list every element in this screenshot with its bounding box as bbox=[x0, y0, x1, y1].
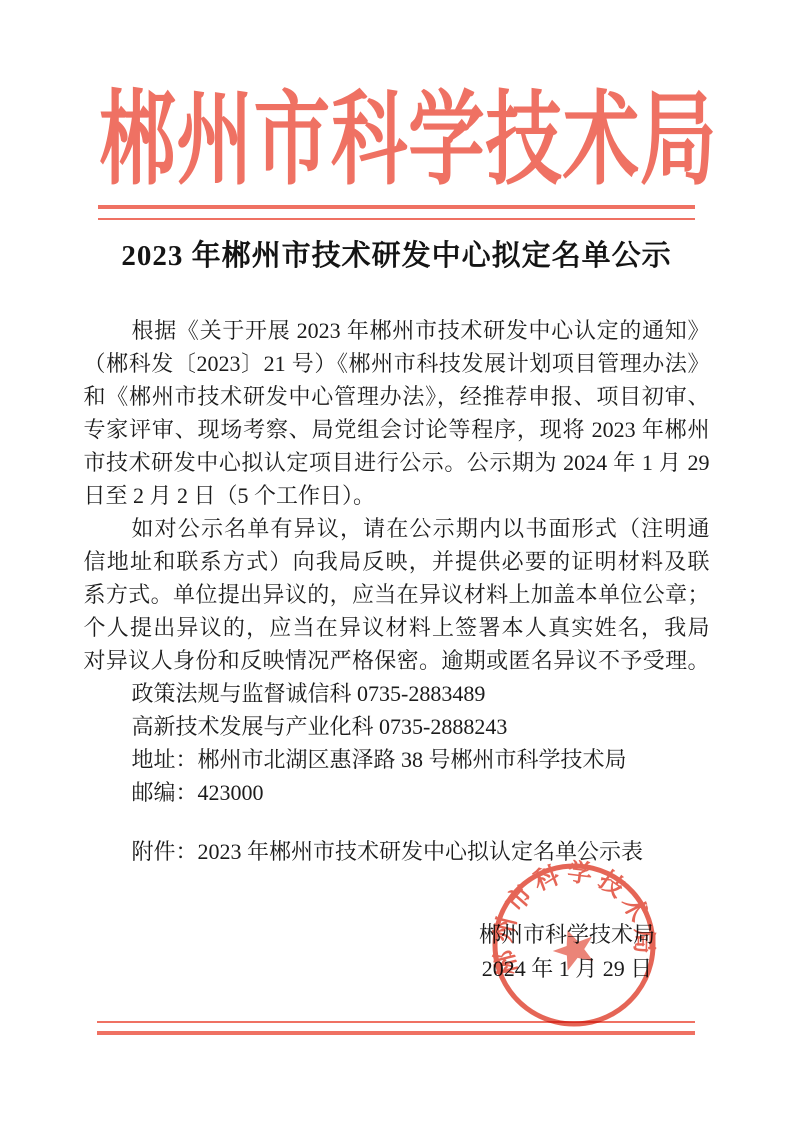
contact-line-address: 地址：郴州市北湖区惠泽路 38 号郴州市科学技术局 bbox=[84, 743, 710, 776]
body-line: 系方式。单位提出异议的，应当在异议材料上加盖本单位公章； bbox=[84, 578, 710, 611]
body-line: 和《郴州市技术研发中心管理办法》，经推荐申报、项目初审、 bbox=[84, 380, 710, 413]
document-body: 根据《关于开展 2023 年郴州市技术研发中心认定的通知》 （郴科发〔2023〕… bbox=[84, 314, 710, 868]
body-line: （郴科发〔2023〕21 号）《郴州市科技发展计划项目管理办法》 bbox=[84, 347, 710, 380]
seal-star-icon bbox=[548, 923, 600, 973]
paragraph-objection: 如对公示名单有异议，请在公示期内以书面形式（注明通 信地址和联系方式）向我局反映… bbox=[84, 512, 710, 677]
body-line: 日至 2 月 2 日（5 个工作日）。 bbox=[84, 479, 710, 512]
letterhead-agency-name: 郴州市科学技术局 bbox=[99, 86, 694, 198]
contact-line-hightech-dept: 高新技术发展与产业化科 0735-2888243 bbox=[84, 710, 710, 743]
body-line: 信地址和联系方式）向我局反映，并提供必要的证明材料及联 bbox=[84, 545, 710, 578]
document-page: 郴州市科学技术局 2023 年郴州市技术研发中心拟定名单公示 根据《关于开展 2… bbox=[0, 0, 793, 1121]
body-line: 如对公示名单有异议，请在公示期内以书面形式（注明通 bbox=[84, 512, 710, 545]
contact-block: 政策法规与监督诚信科 0735-2883489 高新技术发展与产业化科 0735… bbox=[84, 677, 710, 809]
body-line: 个人提出异议的，应当在异议材料上签署本人真实姓名，我局 bbox=[84, 611, 710, 644]
document-title: 2023 年郴州市技术研发中心拟定名单公示 bbox=[0, 233, 793, 274]
body-line: 对异议人身份和反映情况严格保密。逾期或匿名异议不予受理。 bbox=[84, 644, 710, 677]
body-line: 根据《关于开展 2023 年郴州市技术研发中心认定的通知》 bbox=[84, 314, 710, 347]
letterhead-divider-rule bbox=[98, 205, 695, 220]
contact-line-postcode: 邮编：423000 bbox=[84, 776, 710, 809]
body-line: 专家评审、现场考察、局党组会讨论等程序，现将 2023 年郴州 bbox=[84, 413, 710, 446]
official-seal-stamp: 郴州市科学技术局 bbox=[478, 849, 670, 1041]
body-line: 市技术研发中心拟认定项目进行公示。公示期为 2024 年 1 月 29 bbox=[84, 446, 710, 479]
paragraph-basis: 根据《关于开展 2023 年郴州市技术研发中心认定的通知》 （郴科发〔2023〕… bbox=[84, 314, 710, 512]
contact-line-policy-dept: 政策法规与监督诚信科 0735-2883489 bbox=[84, 677, 710, 710]
